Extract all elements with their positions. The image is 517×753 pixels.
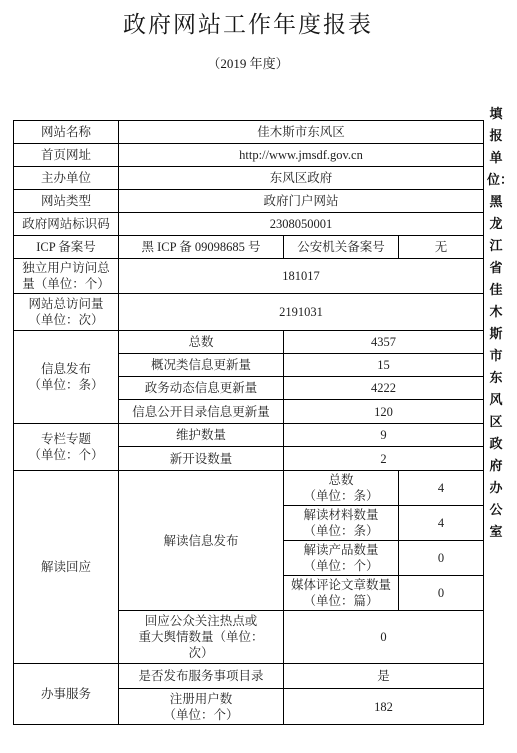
hotspot-response-label: 回应公众关注热点或 重大舆情数量（单位： 次）: [119, 611, 284, 664]
interpretation-publish-label: 解读信息发布: [119, 471, 284, 611]
site-type-label: 网站类型: [14, 190, 119, 213]
table-row: 主办单位 东风区政府: [14, 167, 484, 190]
table-row: 网站总访问量 （单位：次） 2191031: [14, 294, 484, 331]
table-row: 信息发布 （单位：条） 总数 4357: [14, 331, 484, 354]
interpretation-total-value: 4: [399, 471, 484, 506]
site-name-label: 网站名称: [14, 121, 119, 144]
service-directory-value: 是: [284, 664, 484, 689]
new-count-value: 2: [284, 447, 484, 471]
interpretation-section-label: 解读回应: [14, 471, 119, 664]
table-row: 专栏专题 （单位：个） 维护数量 9: [14, 424, 484, 447]
media-comment-label: 媒体评论文章数量 （单位：篇）: [284, 576, 399, 611]
site-code-value: 2308050001: [119, 213, 484, 236]
icp-value: 黑 ICP 备 09098685 号: [119, 236, 284, 259]
unique-visitors-label: 独立用户访问总 量（单位：个）: [14, 259, 119, 294]
site-name-value: 佳木斯市东风区: [119, 121, 484, 144]
organizer-label: 主办单位: [14, 167, 119, 190]
annual-report-table: 网站名称 佳木斯市东风区 首页网址 http://www.jmsdf.gov.c…: [13, 120, 484, 725]
dynamics-update-label: 政务动态信息更新量: [119, 377, 284, 400]
home-url-label: 首页网址: [14, 144, 119, 167]
table-row: 网站类型 政府门户网站: [14, 190, 484, 213]
filling-unit-note: 填 报 单 位： 黑 龙 江 省 佳 木 斯 市 东 风 区 政 府 办 公 室: [487, 103, 505, 543]
unique-visitors-value: 181017: [119, 259, 484, 294]
new-count-label: 新开设数量: [119, 447, 284, 471]
interpretation-total-label: 总数 （单位：条）: [284, 471, 399, 506]
info-publish-total-value: 4357: [284, 331, 484, 354]
special-columns-section-label: 专栏专题 （单位：个）: [14, 424, 119, 471]
site-type-value: 政府门户网站: [119, 190, 484, 213]
services-section-label: 办事服务: [14, 664, 119, 725]
table-row: ICP 备案号 黑 ICP 备 09098685 号 公安机关备案号 无: [14, 236, 484, 259]
info-publish-section-label: 信息发布 （单位：条）: [14, 331, 119, 424]
home-url-value: http://www.jmsdf.gov.cn: [119, 144, 484, 167]
media-comment-value: 0: [399, 576, 484, 611]
interpretation-products-label: 解读产品数量 （单位：个）: [284, 541, 399, 576]
report-title: 政府网站工作年度报表: [0, 6, 496, 39]
icp-label: ICP 备案号: [14, 236, 119, 259]
maintained-count-value: 9: [284, 424, 484, 447]
hotspot-response-value: 0: [284, 611, 484, 664]
total-visits-label: 网站总访问量 （单位：次）: [14, 294, 119, 331]
police-record-label: 公安机关备案号: [284, 236, 399, 259]
dynamics-update-value: 4222: [284, 377, 484, 400]
directory-update-value: 120: [284, 400, 484, 424]
interpretation-materials-value: 4: [399, 506, 484, 541]
table-row: 解读回应 解读信息发布 总数 （单位：条） 4: [14, 471, 484, 506]
registered-users-label: 注册用户数 （单位：个）: [119, 689, 284, 725]
table-row: 网站名称 佳木斯市东风区: [14, 121, 484, 144]
organizer-value: 东风区政府: [119, 167, 484, 190]
report-year: （2019 年度）: [0, 53, 496, 72]
total-visits-value: 2191031: [119, 294, 484, 331]
interpretation-materials-label: 解读材料数量 （单位：条）: [284, 506, 399, 541]
interpretation-products-value: 0: [399, 541, 484, 576]
maintained-count-label: 维护数量: [119, 424, 284, 447]
table-row: 独立用户访问总 量（单位：个） 181017: [14, 259, 484, 294]
table-row: 政府网站标识码 2308050001: [14, 213, 484, 236]
info-publish-total-label: 总数: [119, 331, 284, 354]
table-row: 办事服务 是否发布服务事项目录 是: [14, 664, 484, 689]
overview-update-value: 15: [284, 354, 484, 377]
report-page: 政府网站工作年度报表 （2019 年度） 填 报 单 位： 黑 龙 江 省 佳 …: [0, 0, 517, 753]
registered-users-value: 182: [284, 689, 484, 725]
overview-update-label: 概况类信息更新量: [119, 354, 284, 377]
police-record-value: 无: [399, 236, 484, 259]
site-code-label: 政府网站标识码: [14, 213, 119, 236]
service-directory-label: 是否发布服务事项目录: [119, 664, 284, 689]
directory-update-label: 信息公开目录信息更新量: [119, 400, 284, 424]
table-row: 首页网址 http://www.jmsdf.gov.cn: [14, 144, 484, 167]
